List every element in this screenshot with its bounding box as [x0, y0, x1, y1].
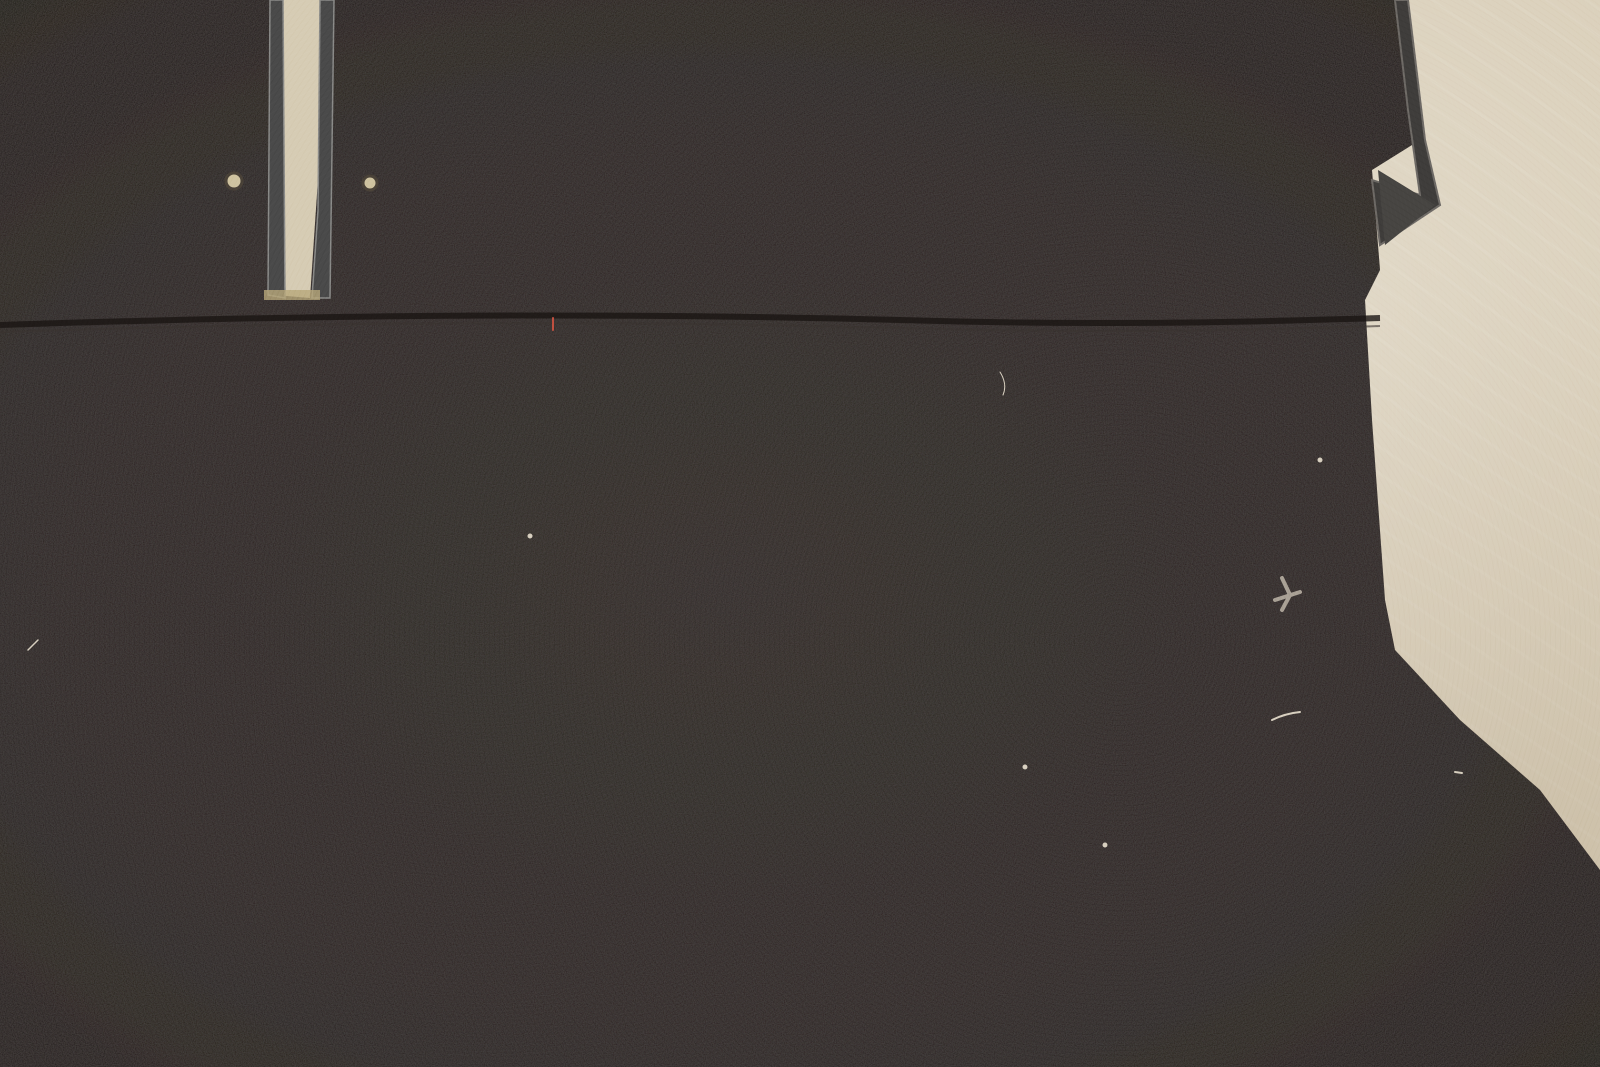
- photo-scene: [0, 0, 1600, 1067]
- carpet: [0, 0, 1600, 1067]
- grommet-right: [363, 176, 377, 190]
- carpet-body: [0, 0, 1600, 1067]
- grommet-left: [226, 173, 242, 189]
- carpet-slot-with-vinyl-trim: [264, 0, 334, 300]
